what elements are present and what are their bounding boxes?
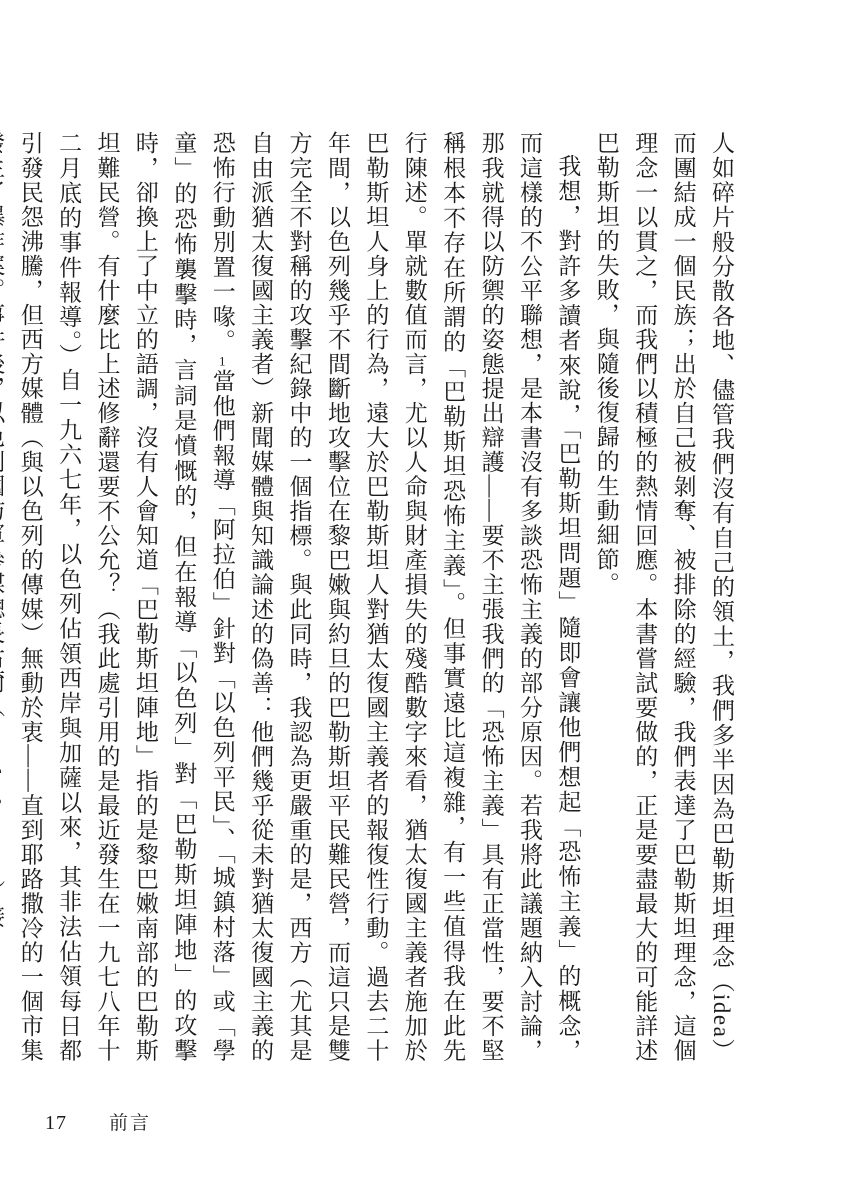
page-footer: 17 前言 [45,1108,151,1135]
body-text-block: 人如碎片般分散各地、儘管我們沒有自己的領土，我們多半因為巴勒斯坦理念（idea）… [44,131,740,1063]
footnote-marker-1: 1 [215,354,230,369]
section-title: 前言 [109,1108,151,1135]
paragraph-1: 人如碎片般分散各地、儘管我們沒有自己的領土，我們多半因為巴勒斯坦理念（idea）… [586,131,740,1063]
paragraph-2-text-after-note: 當他們報導「阿拉伯」針對「以色列平民」、「城鎮村落」或「學童」的恐怖襲擊時，言詞… [0,131,235,1063]
paragraph-2-text-before-note: 我想，對許多讀者來說，「巴勒斯坦問題」隨即會讓他們想起「恐怖主義」的概念，而這樣… [210,131,581,1063]
page-number: 17 [45,1112,67,1135]
book-page: 人如碎片般分散各地、儘管我們沒有自己的領土，我們多半因為巴勒斯坦理念（idea）… [0,0,846,1200]
paragraph-2: 我想，對許多讀者來說，「巴勒斯坦問題」隨即會讓他們想起「恐怖主義」的概念，而這樣… [0,131,586,1063]
